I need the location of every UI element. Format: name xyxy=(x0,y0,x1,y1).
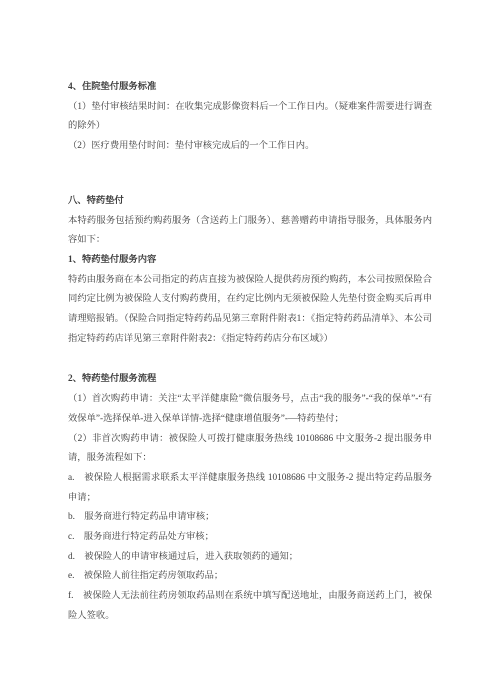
step-item-e: e. 被保险人前往指定药房领取药品； xyxy=(68,567,432,587)
heading-special-drug-advance: 八、特药垫付 xyxy=(68,192,432,212)
step-item-f: f. 被保险人无法前往药房领取药品则在系统中填写配送地址，由服务商送药上门，被保… xyxy=(68,587,432,626)
paragraph-first-purchase-apply: （1）首次购药申请：关注“太平洋健康险”微信服务号，点击“我的服务”-“我的保单… xyxy=(68,390,432,429)
step-item-c: c. 服务商进行特定药品处方审核； xyxy=(68,528,432,548)
heading-hospital-advance-standard: 4、住院垫付服务标准 xyxy=(68,78,432,98)
step-item-a: a. 被保险人根据需求联系太平洋健康服务热线 10108686 中文服务-2 提… xyxy=(68,469,432,508)
paragraph-medical-fee-advance-time: （2）医疗费用垫付时间：垫付审核完成后的一个工作日内。 xyxy=(68,137,432,157)
paragraph-non-first-purchase-apply: （2）非首次购药申请：被保险人可拨打健康服务热线 10108686 中文服务-2… xyxy=(68,430,432,469)
heading-service-flow: 2、特药垫付服务流程 xyxy=(68,370,432,390)
paragraph-service-content-body: 特药由服务商在本公司指定的药店直接为被保险人提供药房预约购药，本公司按照保险合同… xyxy=(68,271,432,350)
step-item-b: b. 服务商进行特定药品申请审核； xyxy=(68,508,432,528)
paragraph-special-drug-intro: 本特药服务包括预约购药服务（含送药上门服务）、慈善赠药申请指导服务，具体服务内容… xyxy=(68,212,432,251)
heading-service-content: 1、特药垫付服务内容 xyxy=(68,251,432,271)
paragraph-audit-result-time: （1）垫付审核结果时间：在收集完成影像资料后一个工作日内。（疑难案件需要进行调查… xyxy=(68,98,432,137)
document-content: 4、住院垫付服务标准 （1）垫付审核结果时间：在收集完成影像资料后一个工作日内。… xyxy=(68,78,432,627)
step-item-d: d. 被保险人的申请审核通过后，进入获取领药的通知； xyxy=(68,548,432,568)
document-page: 4、住院垫付服务标准 （1）垫付审核结果时间：在收集完成影像资料后一个工作日内。… xyxy=(0,0,495,700)
